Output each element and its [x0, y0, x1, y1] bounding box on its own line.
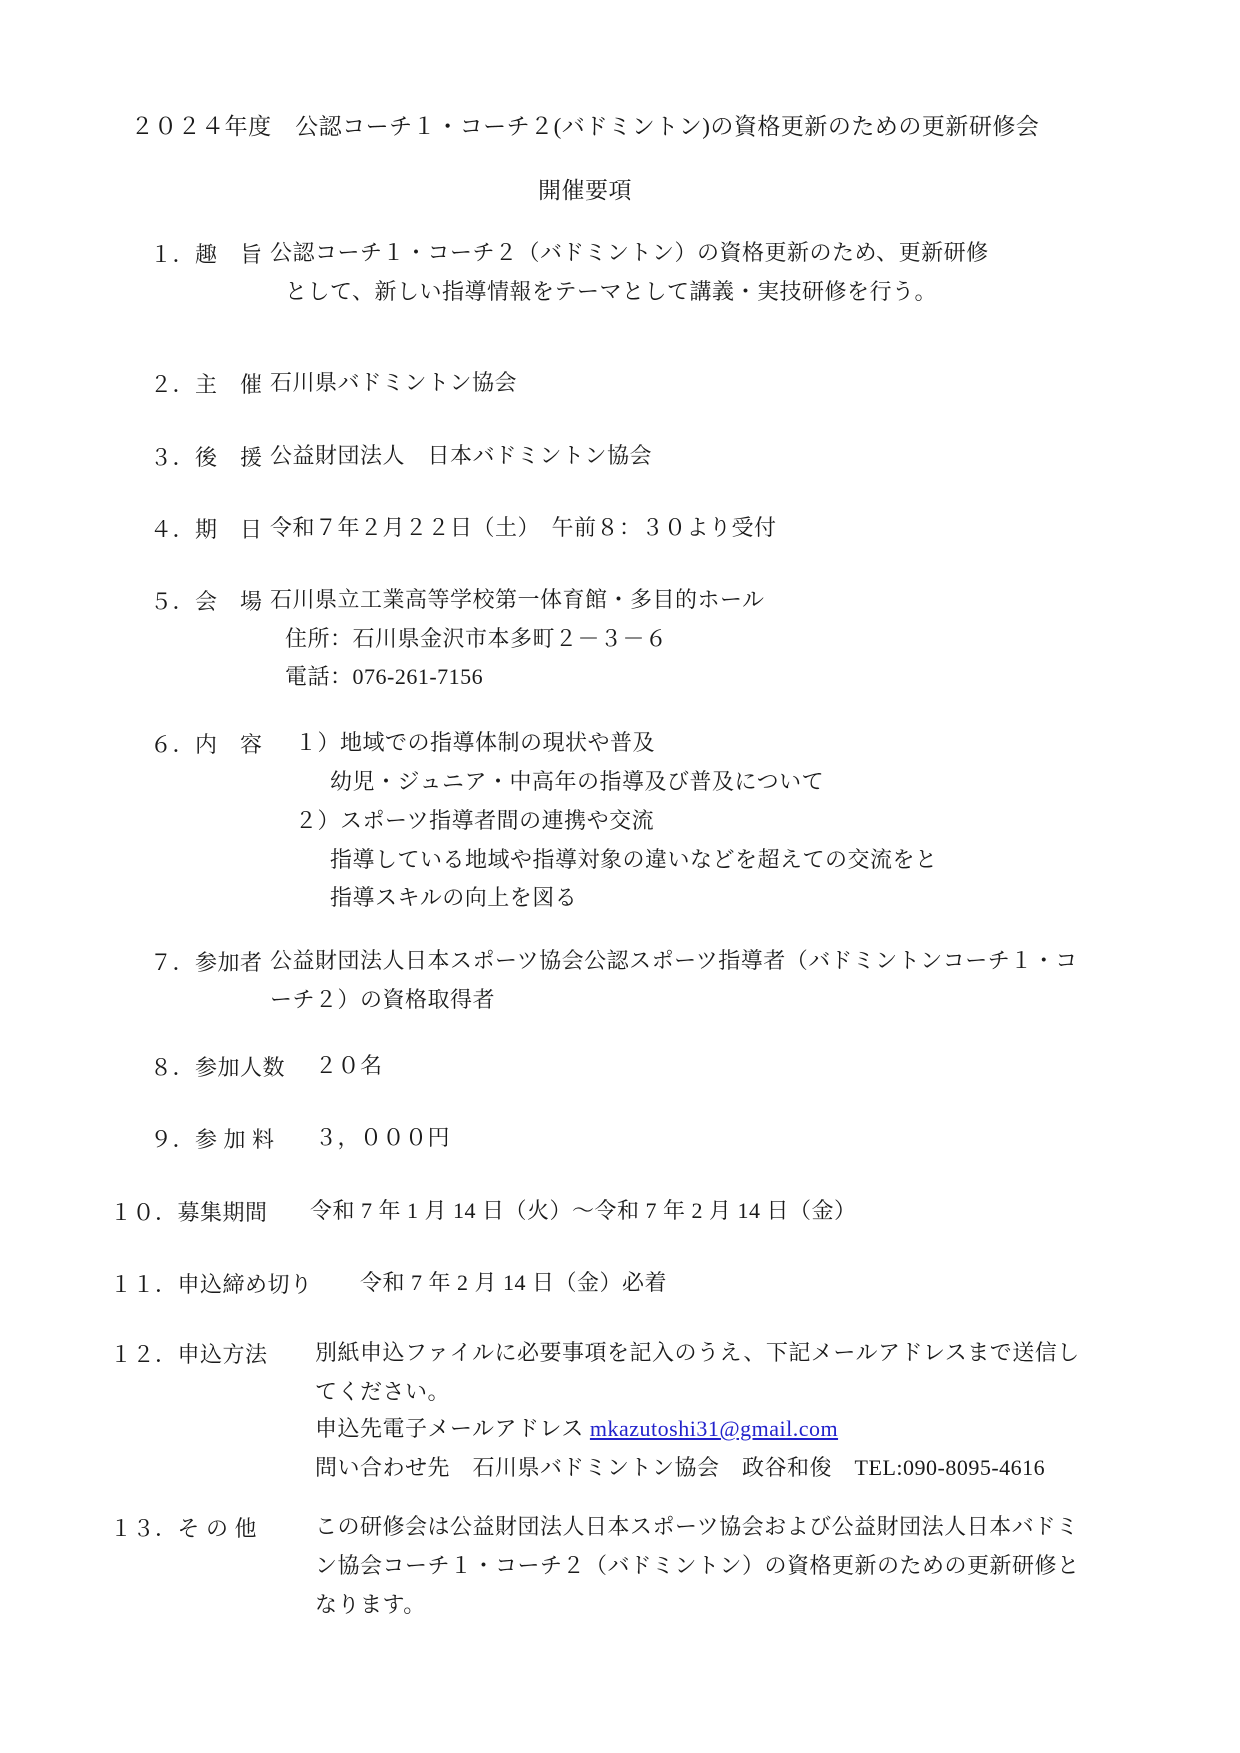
- section-12-text: 別紙申込ファイルに必要事項を記入のうえ、下記メールアドレスまで送信し: [315, 1338, 1080, 1368]
- section-5-phone: 電話：076-261-7156: [285, 662, 483, 692]
- section-1-label: １．趣 旨: [150, 238, 263, 269]
- section-10-text: 令和 7 年 1 月 14 日（火）～令和 7 年 2 月 14 日（金）: [310, 1196, 857, 1226]
- section-7-label: ７．参加者: [150, 946, 263, 977]
- section-13-text-3: なります。: [315, 1590, 426, 1620]
- page-title: ２０２４年度 公認コーチ１・コーチ２(バドミントン)の資格更新のための更新研修会: [0, 108, 1170, 141]
- email-label: 申込先電子メールアドレス: [315, 1416, 590, 1441]
- document-page: ２０２４年度 公認コーチ１・コーチ２(バドミントン)の資格更新のための更新研修会…: [0, 0, 1240, 1753]
- section-10-label: １０．募集期間: [110, 1196, 268, 1227]
- section-1-text: 公認コーチ１・コーチ２（バドミントン）の資格更新のため、更新研修: [270, 238, 989, 268]
- section-12-email-line: 申込先電子メールアドレス mkazutoshi31@gmail.com: [315, 1414, 838, 1444]
- section-11-text: 令和 7 年 2 月 14 日（金）必着: [360, 1268, 667, 1298]
- section-7-text-2: ーチ２）の資格取得者: [270, 985, 495, 1015]
- section-1-text-2: として、新しい指導情報をテーマとして講義・実技研修を行う。: [285, 277, 937, 307]
- section-12-text-2: てください。: [315, 1377, 450, 1407]
- section-4-text: 令和７年２月２２日（土） 午前８：３０より受付: [270, 513, 777, 543]
- section-2-label: ２．主 催: [150, 368, 263, 399]
- section-12-label: １２．申込方法: [110, 1338, 268, 1369]
- section-6-item-1-sub: 幼児・ジュニア・中高年の指導及び普及について: [330, 767, 824, 797]
- section-3-text: 公益財団法人 日本バドミントン協会: [270, 441, 652, 471]
- section-6-label: ６．内 容: [150, 728, 263, 759]
- section-8-text: ２０名: [315, 1051, 383, 1081]
- section-4-label: ４．期 日: [150, 513, 263, 544]
- section-8-label: ８．参加人数: [150, 1051, 285, 1082]
- section-13-label: １３．そ の 他: [110, 1512, 257, 1543]
- section-9-text: ３，０００円: [315, 1123, 450, 1153]
- section-2-text: 石川県バドミントン協会: [270, 368, 517, 398]
- section-6-item-2: ２）スポーツ指導者間の連携や交流: [295, 806, 654, 836]
- section-9-label: ９．参 加 料: [150, 1123, 275, 1154]
- section-5-venue: 石川県立工業高等学校第一体育館・多目的ホール: [270, 585, 765, 615]
- section-6-item-2-sub-1: 指導している地域や指導対象の違いなどを超えての交流をと: [330, 845, 938, 875]
- section-5-address: 住所：石川県金沢市本多町２－３－６: [285, 624, 668, 654]
- section-12-contact: 問い合わせ先 石川県バドミントン協会 政谷和俊 TEL:090-8095-461…: [315, 1453, 1045, 1483]
- section-13-text: この研修会は公益財団法人日本スポーツ協会および公益財団法人日本バドミ: [315, 1512, 1079, 1542]
- section-5-label: ５．会 場: [150, 585, 263, 616]
- section-3-label: ３．後 援: [150, 441, 263, 472]
- email-link[interactable]: mkazutoshi31@gmail.com: [590, 1416, 838, 1441]
- section-11-label: １１．申込締め切り: [110, 1268, 313, 1299]
- section-13-text-2: ン協会コーチ１・コーチ２（バドミントン）の資格更新のための更新研修と: [315, 1551, 1080, 1581]
- section-6-item-1: １）地域での指導体制の現状や普及: [295, 728, 655, 758]
- section-6-item-2-sub-2: 指導スキルの向上を図る: [330, 883, 577, 913]
- page-subtitle: 開催要項: [0, 172, 1170, 205]
- section-7-text: 公益財団法人日本スポーツ協会公認スポーツ指導者（バドミントンコーチ１・コ: [270, 946, 1078, 976]
